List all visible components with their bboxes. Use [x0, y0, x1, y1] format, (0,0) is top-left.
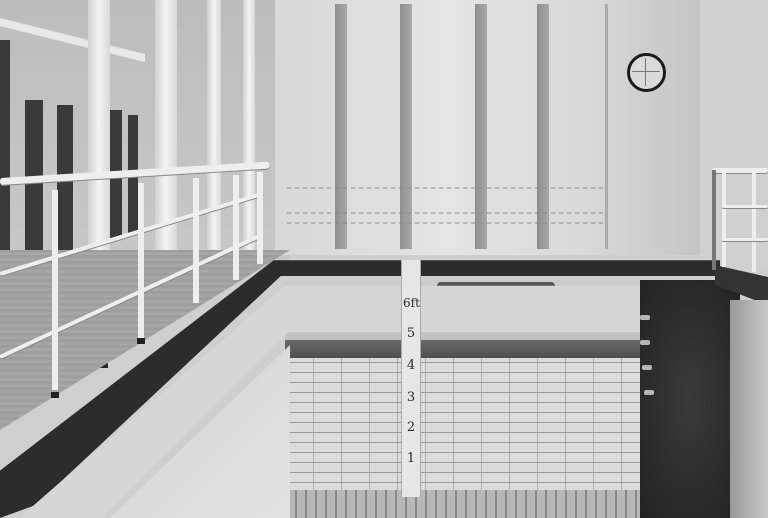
ladder-rung — [644, 390, 654, 395]
right-railing-top — [712, 168, 768, 173]
ladder-rung — [640, 340, 650, 345]
pool-corner-shadow — [640, 280, 740, 518]
railing-post — [233, 175, 239, 280]
column — [243, 0, 255, 270]
depth-mark: 5 — [403, 326, 419, 341]
back-wall — [275, 0, 705, 255]
post-foot — [137, 338, 145, 344]
pool-floor — [275, 490, 645, 518]
right-railing-low — [722, 238, 768, 241]
depth-mark: 2 — [403, 420, 419, 435]
rivet-row — [285, 222, 605, 224]
cubicle-door — [0, 40, 10, 260]
depth-gauge: 6ft 5 4 3 2 1 — [401, 260, 421, 497]
ladder-rung — [642, 365, 652, 370]
railing-post — [52, 190, 58, 390]
right-wall — [700, 0, 768, 270]
depth-mark: 1 — [403, 451, 419, 466]
ladder-rung — [640, 315, 650, 320]
railing-post — [138, 183, 144, 338]
right-railing-post — [752, 172, 756, 272]
right-railing-post — [722, 172, 726, 267]
right-railing-mid — [722, 205, 768, 208]
right-pool-wall — [730, 300, 768, 518]
rivet-row — [285, 187, 605, 189]
depth-mark: 4 — [403, 358, 419, 373]
depth-mark: 6ft — [403, 296, 419, 310]
railing-post — [257, 172, 263, 264]
ship-pool-photo: 6ft 5 4 3 2 1 — [0, 0, 768, 518]
tiled-wall — [285, 358, 640, 493]
right-railing-post — [712, 170, 716, 270]
railing-post — [193, 178, 199, 303]
pool-ledge — [285, 340, 640, 358]
rivet-row — [285, 212, 605, 214]
column — [207, 0, 221, 292]
wall-pilaster — [605, 4, 608, 249]
post-foot — [51, 392, 59, 398]
cubicle-top-frame — [0, 18, 145, 62]
clock-icon — [627, 53, 666, 92]
depth-mark: 3 — [403, 390, 419, 405]
